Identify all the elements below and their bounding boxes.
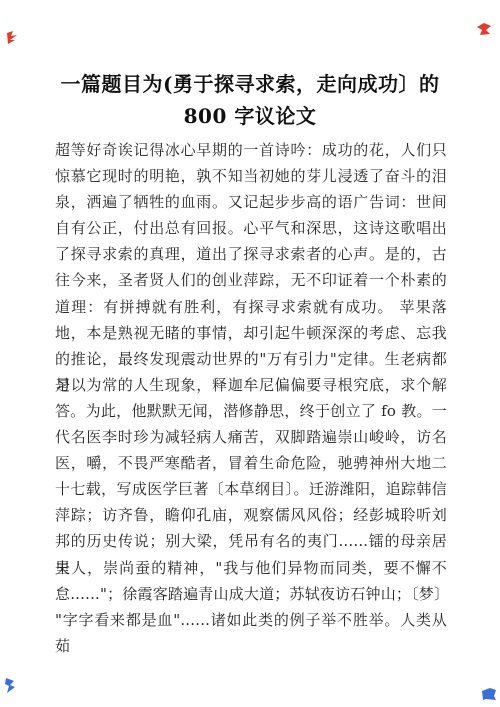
body-text-line: "字字看来都是血"......诸如此类的例子举不胜举。人类从茹 — [55, 607, 447, 633]
blue-mark-bottom-right-icon — [481, 687, 497, 701]
body-text-line: 地，本是熟视无睹的事情，却引起牛顿深深的考虑、忘我 — [55, 320, 447, 346]
body-text-line: 惊慕它现时的明艳，孰不知当初她的芽儿浸透了奋斗的泪 — [55, 163, 447, 189]
document-title: 一篇题目为(勇于探寻求索，走向成功〕的 800 字议论文 — [30, 68, 470, 132]
document-page: 一篇题目为(勇于探寻求索，走向成功〕的 800 字议论文 超等好奇诶记得冰心早期… — [0, 0, 500, 707]
body-text-line: 的推论，最终发现震动世界的"万有引力"定律。生老病都是 — [55, 346, 447, 372]
body-text-line: 十七载，写成医学巨著〔本草纲目〕。迁游潍阳，追踪韩信 — [55, 476, 447, 502]
body-text-line: 医，嚼，不畏严寒酷者，冒着生命危险，驰骋神州大地二 — [55, 450, 447, 476]
body-text-line: 自有公正，付出总有回报。心平气和深思，这诗这歌唱出 — [55, 215, 447, 241]
body-text-line: 萍踪；访齐鲁，瞻仰孔庙，观察儒风风俗；经彭城聆听刘 — [55, 502, 447, 528]
body-text-line: 了探寻求索的真理，道出了探寻求索者的心声。是的，古 — [55, 241, 447, 267]
body-text-line: 道理：有拼搏就有胜利，有探寻求索就有成功。 苹果落 — [55, 294, 447, 320]
title-line-2: 800 字议论文 — [30, 100, 470, 132]
document-body: 超等好奇诶记得冰心早期的一首诗吟：成功的花，人们只 惊慕它现时的明艳，孰不知当初… — [55, 137, 447, 633]
body-text-line: 答。为此，他默默无闻，潜修静思，终于创立了 fo 教。一 — [55, 398, 447, 424]
body-text-line: 超等好奇诶记得冰心早期的一首诗吟：成功的花，人们只 — [55, 137, 447, 163]
red-mark-top-left-icon — [6, 30, 18, 45]
red-mark-top-right-icon — [476, 22, 492, 36]
title-line-1: 一篇题目为(勇于探寻求索，走向成功〕的 — [30, 68, 470, 100]
body-text-line: 邦的历史传说；别大梁，凭吊有名的夷门......镭的母亲居里 — [55, 528, 447, 554]
body-text-line: 习以为常的人生现象，释迦牟尼偏偏要寻根究底，求个解 — [55, 372, 447, 398]
body-text-line: 泉，洒遍了牺牲的血雨。又记起步步高的语广告词：世间 — [55, 189, 447, 215]
body-text-line: 怠......"；徐霞客踏遍青山成大道；苏轼夜访石钟山；〔梦〕 — [55, 581, 447, 607]
body-text-line: 往今来，圣者贤人们的创业萍踪，无不印证着一个朴素的 — [55, 267, 447, 293]
body-text-line: 代名医李时珍为减轻病人痛苦，双脚踏遍崇山峻岭，访名 — [55, 424, 447, 450]
body-text-line: 夫人，崇尚蚕的精神，"我与他们异物而同类，要不懈不 — [55, 555, 447, 581]
blue-mark-bottom-left-icon — [4, 677, 16, 694]
